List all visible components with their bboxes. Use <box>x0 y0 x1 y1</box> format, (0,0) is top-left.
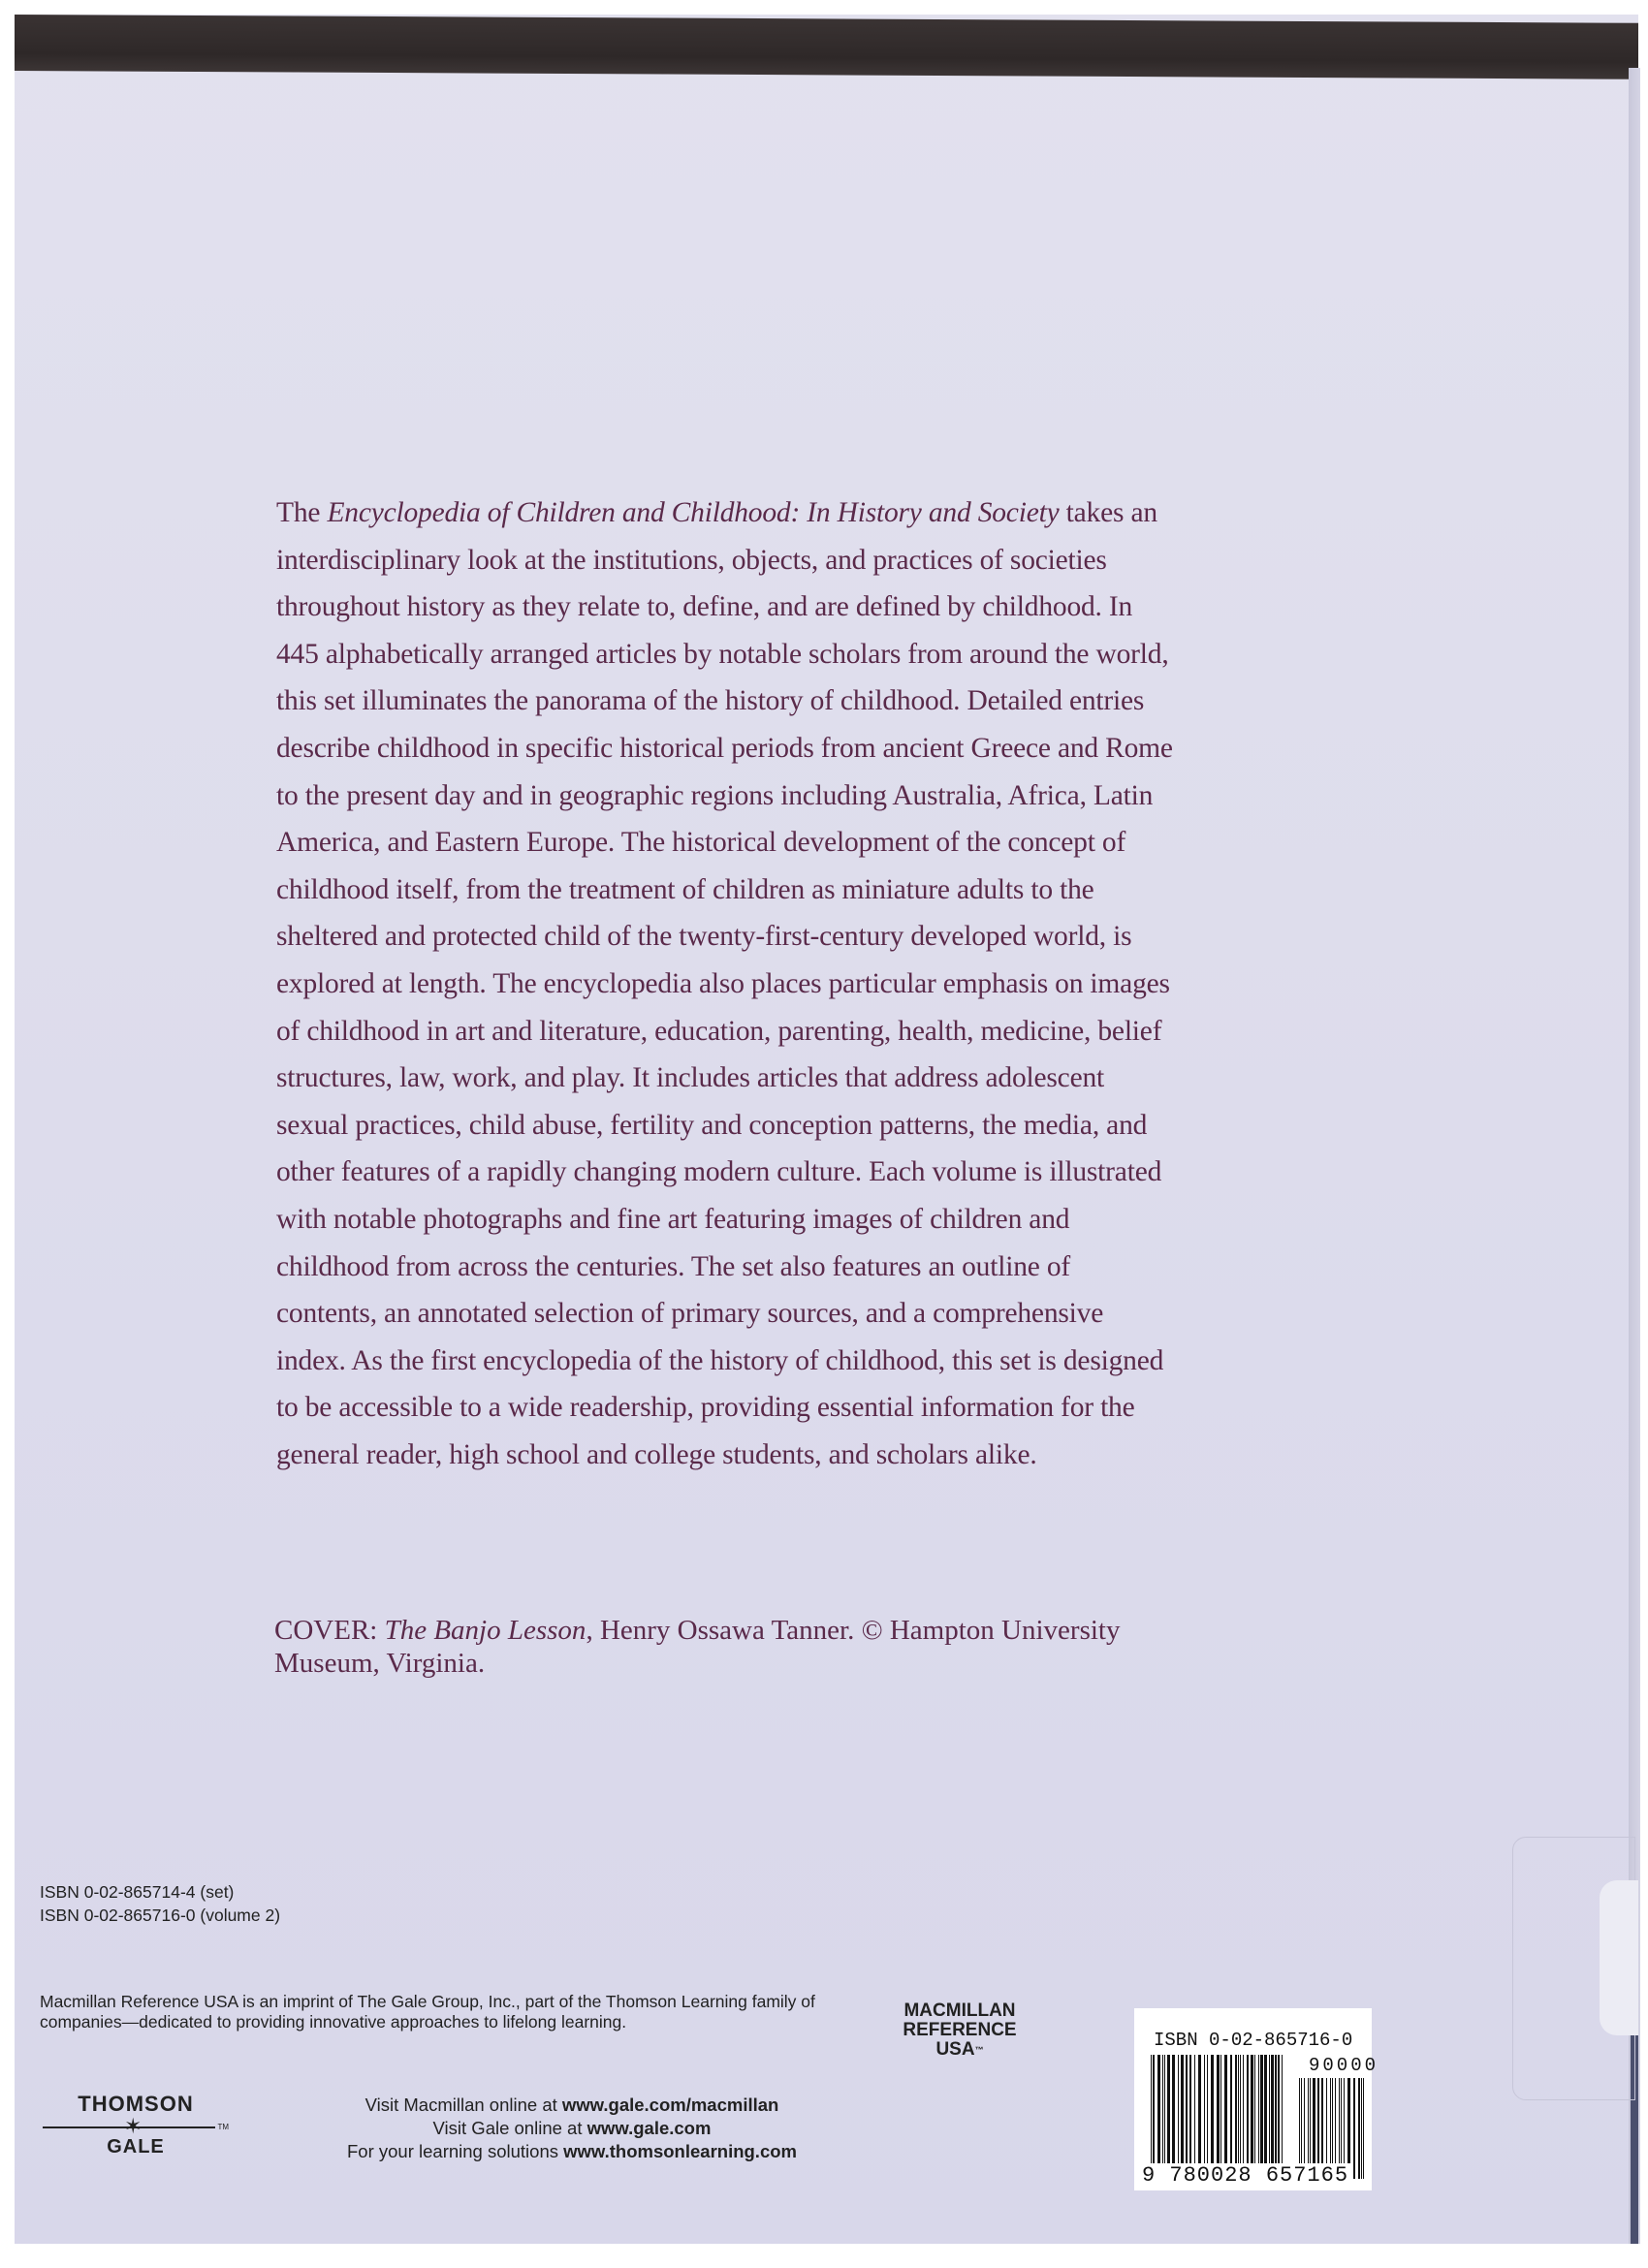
visit-prefix: Visit Macmillan online at <box>365 2095 562 2115</box>
isbn-set: ISBN 0-02-865714-4 (set) <box>40 1880 280 1904</box>
macmillan-line2: REFERENCE <box>892 2021 1028 2040</box>
barcode-label: ISBN 0-02-865716-0 90000 9 780028 657165 <box>1134 2008 1372 2190</box>
blurb-intro: The <box>276 497 320 528</box>
star-icon: ✶ <box>124 2115 142 2138</box>
url-link[interactable]: www.thomsonlearning.com <box>563 2141 797 2161</box>
isbn-list: ISBN 0-02-865714-4 (set) ISBN 0-02-86571… <box>40 1880 280 1927</box>
visit-links: Visit Macmillan online at www.gale.com/m… <box>291 2094 853 2163</box>
visit-line: Visit Gale online at www.gale.com <box>291 2117 853 2140</box>
visit-prefix: For your learning solutions <box>347 2141 563 2161</box>
macmillan-usa: USA <box>935 2039 974 2060</box>
macmillan-line1: MACMILLAN <box>892 2001 1028 2021</box>
macmillan-reference-logo: MACMILLAN REFERENCE USA™ <box>892 2001 1028 2060</box>
url-link[interactable]: www.gale.com/macmillan <box>562 2095 778 2115</box>
imprint-statement: Macmillan Reference USA is an imprint of… <box>40 1992 873 2032</box>
barcode-isbn: ISBN 0-02-865716-0 <box>1154 2030 1352 2051</box>
cover-credit: COVER: The Banjo Lesson, Henry Ossawa Ta… <box>274 1614 1166 1680</box>
visit-line: For your learning solutions www.thomsonl… <box>291 2140 853 2163</box>
library-tab <box>1600 1880 1638 2035</box>
trademark-mark: ™ <box>975 2045 984 2055</box>
visit-line: Visit Macmillan online at www.gale.com/m… <box>291 2094 853 2117</box>
thomson-gale-logo: THOMSON ✶ TM GALE <box>39 2092 233 2158</box>
cover-credit-label: COVER: <box>274 1615 385 1646</box>
url-link[interactable]: www.gale.com <box>587 2118 712 2138</box>
isbn-volume: ISBN 0-02-865716-0 (volume 2) <box>40 1904 280 1927</box>
blurb-body: takes an interdisciplinary look at the i… <box>276 497 1173 1470</box>
ean-digits: 9 780028 657165 <box>1140 2163 1350 2188</box>
trademark-mark: TM <box>217 2123 229 2131</box>
description-paragraph: The Encyclopedia of Children and Childho… <box>276 489 1178 1478</box>
logo-rule: ✶ TM <box>39 2121 233 2134</box>
price-code: 90000 <box>1309 2055 1379 2076</box>
visit-prefix: Visit Gale online at <box>433 2118 587 2138</box>
book-title: Encyclopedia of Children and Childhood: … <box>327 497 1059 528</box>
description-blurb: The Encyclopedia of Children and Childho… <box>276 489 1178 1478</box>
ean-barcode-icon <box>1151 2055 1286 2179</box>
book-top-edge <box>15 15 1638 79</box>
macmillan-line3: USA™ <box>892 2040 1028 2060</box>
gale-wordmark: GALE <box>39 2136 233 2158</box>
artwork-title: The Banjo Lesson <box>385 1615 586 1646</box>
